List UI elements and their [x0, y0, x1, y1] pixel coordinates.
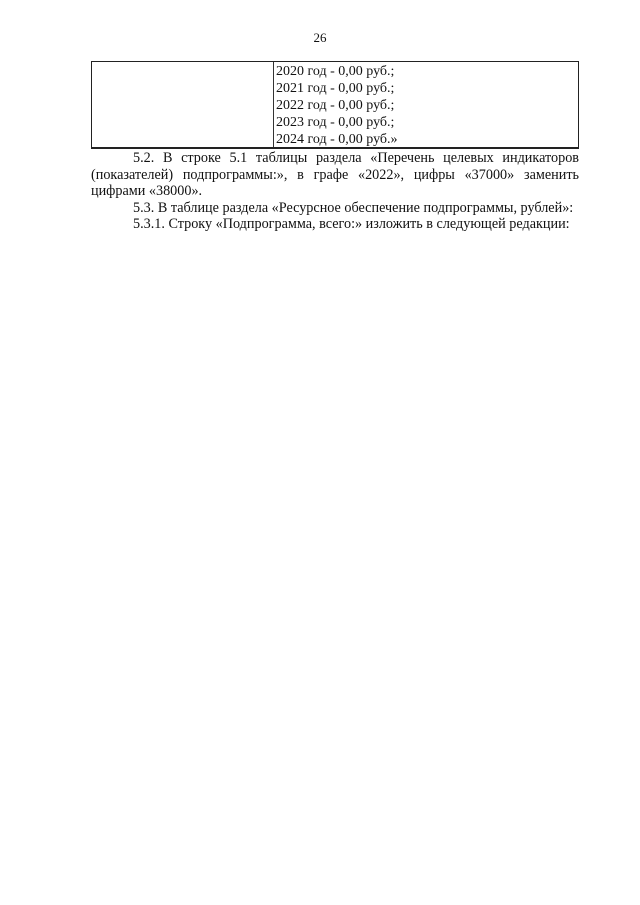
- paragraph-5-3: 5.3. В таблице раздела «Ресурсное обеспе…: [91, 200, 579, 217]
- paragraph-5-2: 5.2. В строке 5.1 таблицы раздела «Переч…: [91, 150, 579, 200]
- amount-line-2024: 2024 год - 0,00 руб.»: [276, 131, 578, 148]
- funding-table: 2020 год - 0,00 руб.; 2021 год - 0,00 ру…: [91, 61, 579, 149]
- paragraph-5-3-1: 5.3.1. Строку «Подпрограмма, всего:» изл…: [91, 216, 579, 233]
- amount-line-2022: 2022 год - 0,00 руб.;: [276, 97, 578, 114]
- document-body: 5.2. В строке 5.1 таблицы раздела «Переч…: [91, 150, 579, 233]
- page-number: 26: [0, 30, 640, 46]
- table-cell-amounts: 2020 год - 0,00 руб.; 2021 год - 0,00 ру…: [274, 62, 578, 147]
- amount-line-2023: 2023 год - 0,00 руб.;: [276, 114, 578, 131]
- amount-line-2020: 2020 год - 0,00 руб.;: [276, 63, 578, 80]
- amount-line-2021: 2021 год - 0,00 руб.;: [276, 80, 578, 97]
- table-cell-empty: [92, 62, 274, 147]
